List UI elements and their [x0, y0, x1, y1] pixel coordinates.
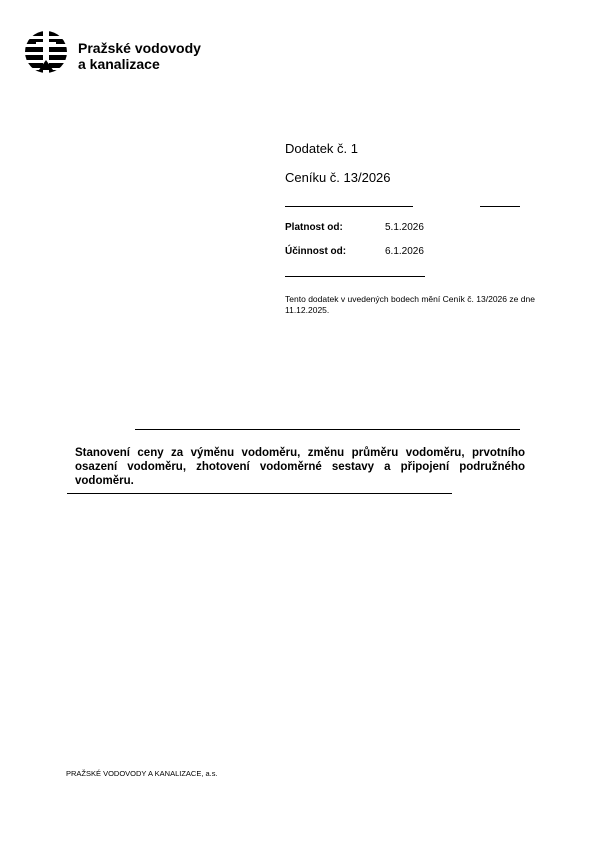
- document-subtitle: Ceníku č. 13/2026: [285, 170, 391, 185]
- validity-label: Platnost od:: [285, 222, 343, 233]
- company-name: Pražské vodovody a kanalizace: [78, 40, 201, 72]
- amendment-note: Tento dodatek v uvedených bodech mění Ce…: [285, 294, 535, 316]
- effect-value: 6.1.2026: [385, 246, 424, 257]
- footer-company: PRAŽSKÉ VODOVODY A KANALIZACE, a.s.: [66, 769, 218, 778]
- divider: [285, 206, 413, 207]
- document-title: Dodatek č. 1: [285, 141, 358, 156]
- section-heading: Stanovení ceny za výměnu vodoměru, změnu…: [75, 446, 525, 488]
- company-name-line1: Pražské vodovody: [78, 40, 201, 56]
- pvk-logo-icon: [24, 30, 68, 74]
- divider: [135, 429, 520, 430]
- divider: [480, 206, 520, 207]
- company-logo: [24, 30, 68, 74]
- company-name-line2: a kanalizace: [78, 56, 201, 72]
- divider: [67, 493, 452, 494]
- divider: [285, 276, 425, 277]
- effect-label: Účinnost od:: [285, 246, 346, 257]
- validity-value: 5.1.2026: [385, 222, 424, 233]
